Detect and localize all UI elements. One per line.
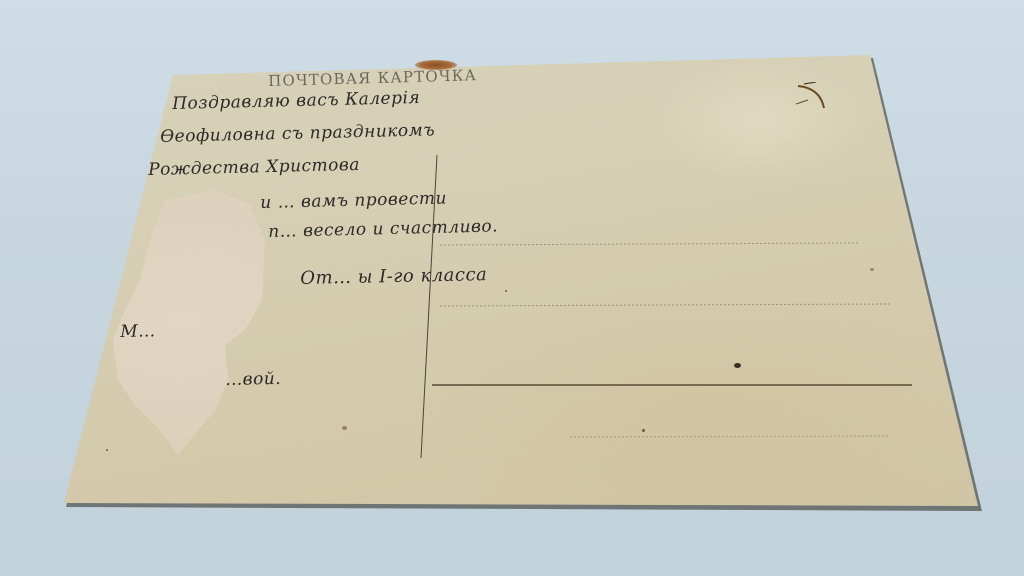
handwritten-line-8: …вой. bbox=[225, 369, 281, 390]
postmark-fragment-icon bbox=[790, 82, 830, 122]
handwritten-line-7: М… bbox=[120, 321, 156, 342]
photo-scene: ПОЧТОВАЯ КАРТОЧКА Поздравляю васъ Калері… bbox=[0, 0, 1024, 576]
handwritten-line-6: От… ы I-го класса bbox=[300, 264, 488, 289]
